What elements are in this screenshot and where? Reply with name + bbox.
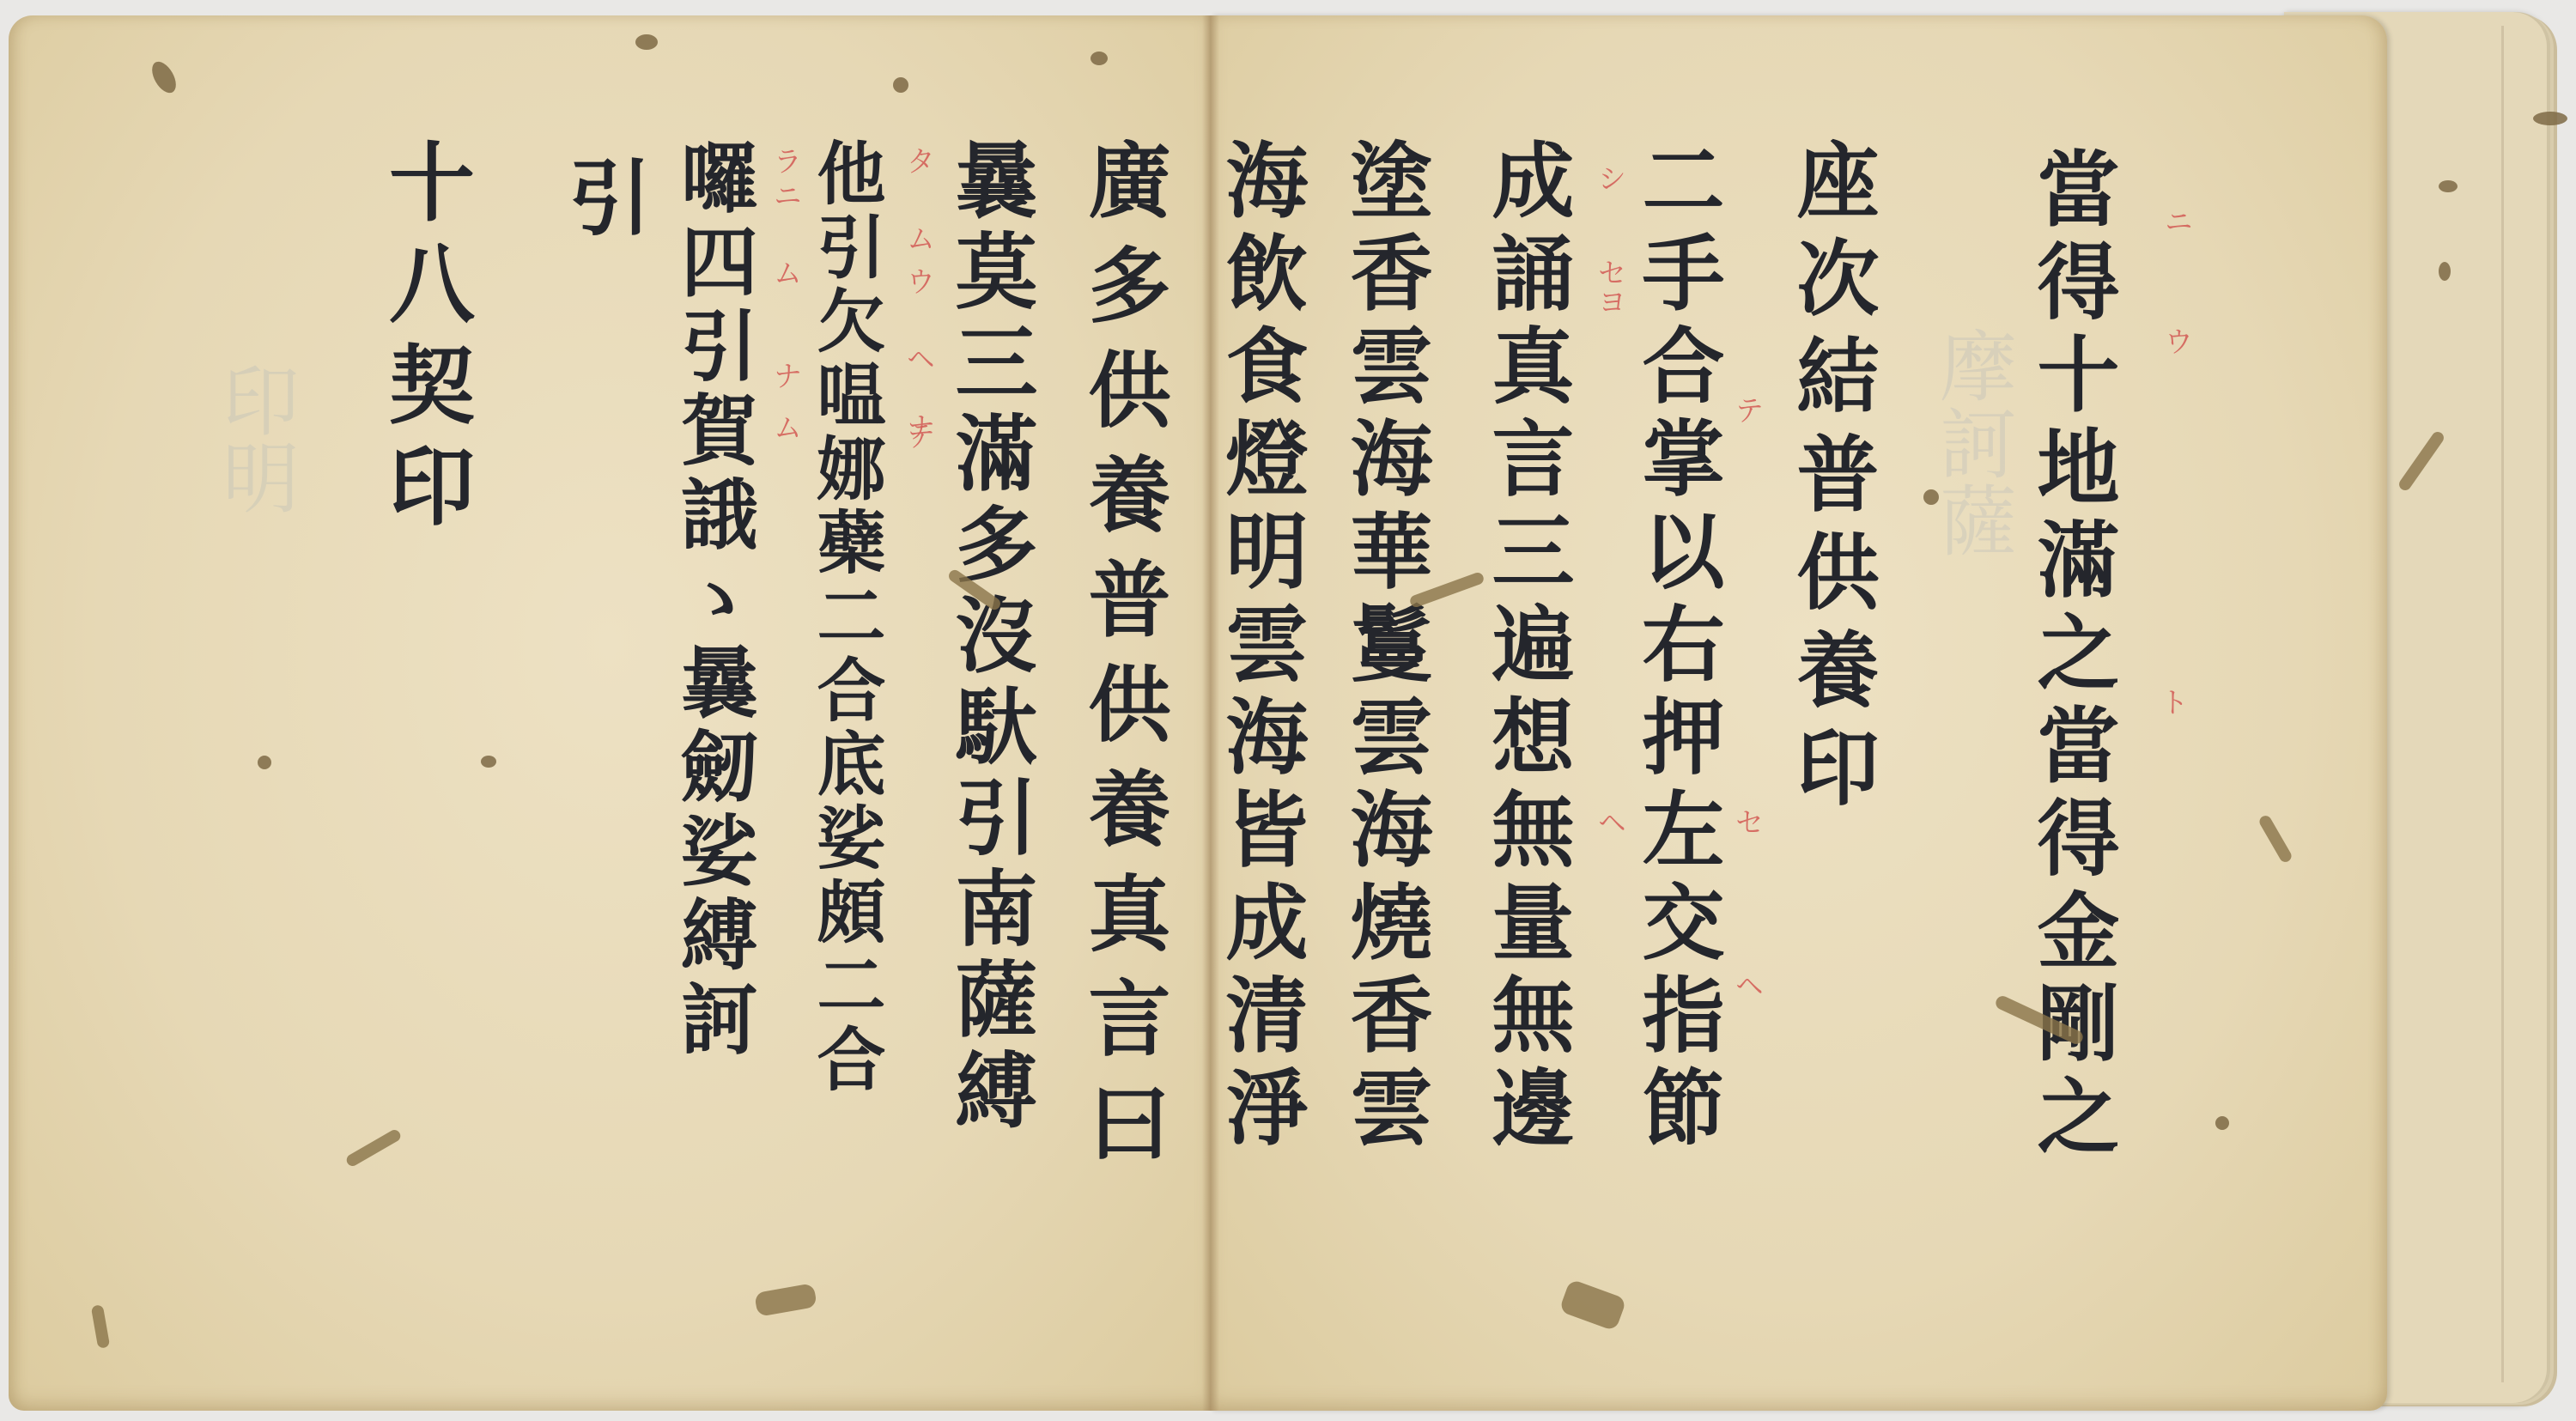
worm-hole bbox=[2533, 112, 2567, 125]
text-column-10: 囉四引賀誐ゝ曩劒娑縛訶 bbox=[674, 137, 751, 1063]
worm-hole bbox=[893, 77, 908, 93]
red-gloss: タ bbox=[897, 146, 939, 175]
red-gloss: ム bbox=[764, 258, 806, 287]
worm-hole bbox=[258, 756, 271, 769]
text-column-2: 座次結普供養印 bbox=[1790, 137, 1873, 823]
worm-hole bbox=[2439, 180, 2458, 192]
manuscript-spread: 摩訶薩 印明 當得十地滿之當得金剛之 座次結普供養印 二手合掌以右押左交指節 成… bbox=[0, 0, 2576, 1421]
red-gloss: ニ bbox=[764, 180, 806, 210]
red-gloss: ウ bbox=[897, 266, 939, 295]
text-column-7: 廣多供養普供養真言曰 bbox=[1082, 137, 1164, 1185]
red-gloss: ナ bbox=[764, 361, 806, 390]
text-column-11: 引 bbox=[562, 155, 645, 242]
red-gloss: テ bbox=[1726, 395, 1768, 424]
text-column-6: 海飲食燈明雲海皆成清淨 bbox=[1219, 137, 1302, 1157]
red-gloss: セ bbox=[1726, 807, 1768, 836]
red-gloss: ラ bbox=[764, 146, 806, 175]
text-column-1: 當得十地滿之當得金剛之 bbox=[2031, 146, 2113, 1166]
worm-hole bbox=[635, 34, 658, 50]
red-gloss: ヘ bbox=[1726, 970, 1768, 999]
red-gloss: ム bbox=[897, 223, 939, 252]
red-gloss: ウ bbox=[2155, 326, 2197, 355]
worm-hole bbox=[2215, 1116, 2229, 1130]
red-gloss: ト bbox=[2151, 687, 2193, 716]
red-gloss: ヘ bbox=[897, 343, 939, 373]
section-title: 十八契印 bbox=[382, 137, 468, 543]
red-gloss: シ bbox=[1589, 163, 1631, 192]
red-gloss: セヨ bbox=[1589, 258, 1631, 316]
text-column-3: 二手合掌以右押左交指節 bbox=[1636, 137, 1718, 1157]
bleed-through-text: 摩訶薩 bbox=[1915, 326, 2026, 558]
red-gloss: ム bbox=[764, 412, 806, 441]
worm-hole bbox=[481, 756, 496, 768]
text-column-8: 曩莫三滿多沒馱引南薩縛 bbox=[949, 137, 1031, 1139]
worm-hole bbox=[2439, 262, 2451, 281]
red-gloss: テ bbox=[897, 421, 939, 450]
bleed-through-text: 印明 bbox=[197, 361, 309, 515]
worm-hole bbox=[1091, 52, 1108, 65]
text-column-5: 塗香雲海華鬘雲海燒香雲 bbox=[1344, 137, 1426, 1157]
text-column-9: 他引欠嗢娜蘗二合底娑頗二合 bbox=[811, 137, 880, 1097]
red-gloss: ヘ bbox=[1589, 807, 1631, 836]
text-column-4: 成誦真言三遍想無量無邊 bbox=[1485, 137, 1568, 1157]
red-gloss: ニ bbox=[2155, 206, 2197, 235]
worm-hole bbox=[1923, 489, 1939, 505]
